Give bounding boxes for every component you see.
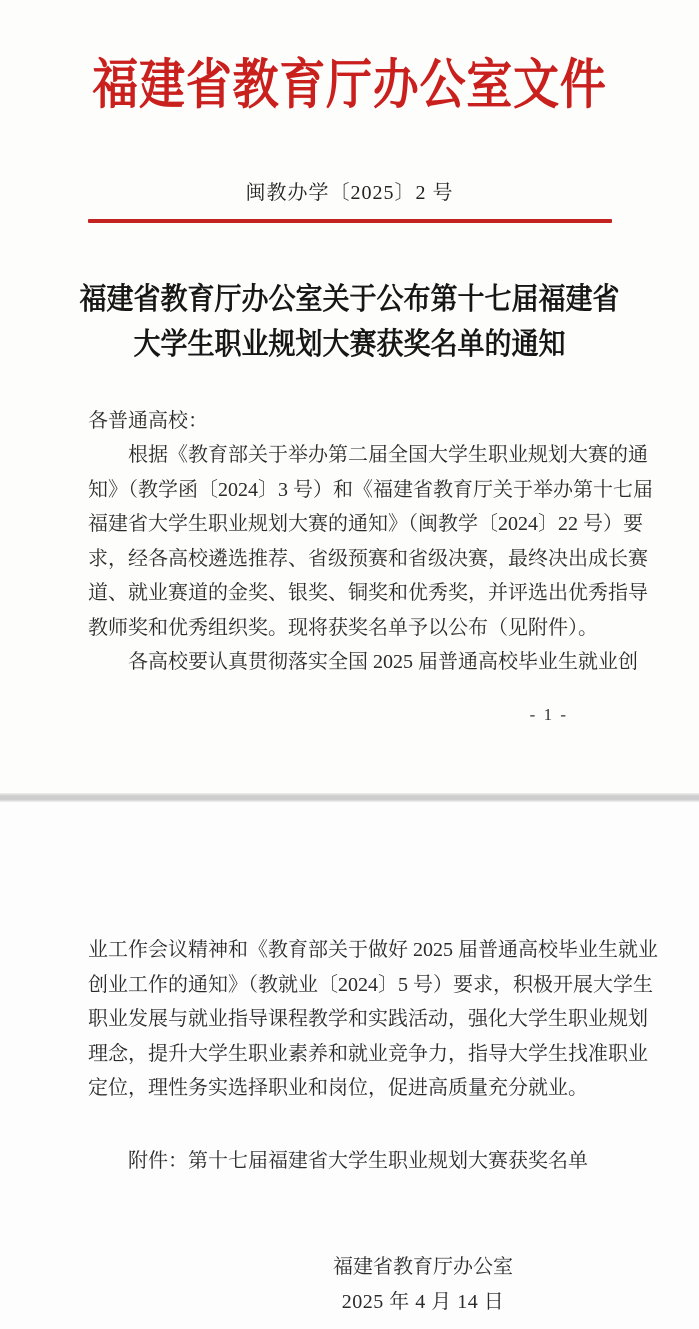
- body-paragraphs-page1: 根据《教育部关于举办第二届全国大学生职业规划大赛的通 知》（教学函〔2024〕3…: [88, 438, 612, 680]
- attachment-line: 附件：第十七届福建省大学生职业规划大赛获奖名单: [88, 1144, 648, 1178]
- masthead-title: 福建省教育厅办公室文件: [52, 53, 646, 117]
- salutation: 各普通高校：: [88, 404, 612, 438]
- document-title-line2: 大学生职业规划大赛获奖名单的通知: [35, 322, 664, 367]
- body-line: 理念，提升大学生职业素养和就业竞争力，指导大学生找准职业: [88, 1037, 612, 1072]
- body-line: 根据《教育部关于举办第二届全国大学生职业规划大赛的通: [88, 438, 612, 473]
- page-break-divider: [0, 793, 699, 802]
- page-number: - 1 -: [530, 705, 568, 725]
- body-line: 求，经各高校遴选推荐、省级预赛和省级决赛，最终决出成长赛: [88, 542, 612, 577]
- scanned-document: { "doc": { "masthead": "福建省教育厅办公室文件", "d…: [0, 0, 699, 1329]
- body-line: 道、就业赛道的金奖、银奖、铜奖和优秀奖，并评选出优秀指导: [88, 576, 612, 611]
- body-line: 创业工作的通知》（教就业〔2024〕5 号）要求，积极开展大学生: [88, 968, 612, 1003]
- document-title-line1: 福建省教育厅办公室关于公布第十七届福建省: [35, 277, 664, 322]
- body-paragraphs-page2: 业工作会议精神和《教育部关于做好 2025 届普通高校毕业生就业 创业工作的通知…: [88, 933, 612, 1106]
- doc-number: 闽教办学〔2025〕2 号: [0, 178, 699, 208]
- red-rule-divider: [88, 219, 612, 223]
- signoff-date: 2025 年 4 月 14 日: [333, 1285, 513, 1320]
- body-line: 知》（教学函〔2024〕3 号）和《福建省教育厅关于举办第十七届: [88, 473, 612, 508]
- body-line: 职业发展与就业指导课程教学和实践活动，强化大学生职业规划: [88, 1002, 612, 1037]
- body-line: 各高校要认真贯彻落实全国 2025 届普通高校毕业生就业创: [88, 645, 612, 680]
- body-line: 福建省大学生职业规划大赛的通知》（闽教学〔2024〕22 号）要: [88, 507, 612, 542]
- document-title: 福建省教育厅办公室关于公布第十七届福建省 大学生职业规划大赛获奖名单的通知: [35, 277, 664, 367]
- body-line: 业工作会议精神和《教育部关于做好 2025 届普通高校毕业生就业: [88, 933, 612, 968]
- page-2: 业工作会议精神和《教育部关于做好 2025 届普通高校毕业生就业 创业工作的通知…: [0, 802, 699, 1329]
- signoff-block: 福建省教育厅办公室 2025 年 4 月 14 日: [333, 1250, 513, 1319]
- signoff-organization: 福建省教育厅办公室: [333, 1250, 513, 1285]
- body-line: 教师奖和优秀组织奖。现将获奖名单予以公布（见附件）。: [88, 611, 612, 646]
- page-1: 福建省教育厅办公室文件 闽教办学〔2025〕2 号 福建省教育厅办公室关于公布第…: [0, 0, 699, 793]
- body-line: 定位，理性务实选择职业和岗位，促进高质量充分就业。: [88, 1071, 612, 1106]
